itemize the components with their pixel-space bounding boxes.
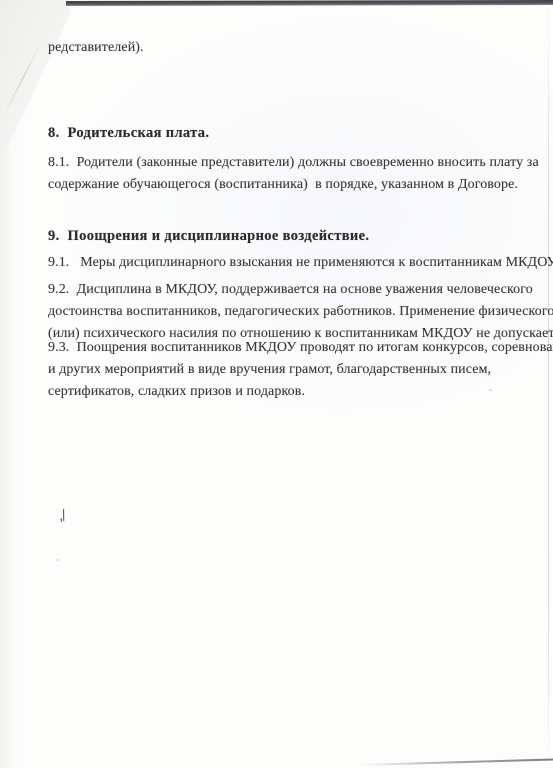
scan-speck [57,559,59,561]
scanned-document-page: редставителей). 8. Родительская плата. 8… [0,0,553,768]
section-9-heading: 9. Поощрения и дисциплинарное воздействи… [48,225,369,247]
paragraph-9-1: 9.1. Меры дисциплинарного взыскания не п… [48,252,553,274]
heading-text: 9. Поощрения и дисциплинарное воздействи… [48,225,369,247]
paragraph-8-1: 8.1. Родители (законные представители) д… [48,152,539,196]
handwritten-pen-mark: ,/ [56,507,68,524]
text-line: 9.1. Меры дисциплинарного взыскания не п… [48,252,553,274]
text-line: 9.2. Дисциплина в МКДОУ, поддерживается … [48,279,553,301]
text-line: редставителей). [48,37,144,59]
section-8-heading: 8. Родительская плата. [48,122,209,144]
text-line: сертификатов, сладких призов и подарков. [48,381,553,403]
text-line: 9.3. Поощрения воспитанников МКДОУ прово… [48,337,553,359]
scanner-edge-artifact [66,0,553,6]
scanner-bottom-line-artifact [358,758,553,766]
text-line: и других мероприятий в виде вручения гра… [48,359,553,381]
text-line: содержание обучающегося (воспитанника) в… [48,174,539,196]
text-line: достоинства воспитанников, педагогически… [48,301,553,323]
scan-speck [489,389,492,391]
text-line: 8.1. Родители (законные представители) д… [48,152,539,174]
paragraph-9-3: 9.3. Поощрения воспитанников МКДОУ прово… [48,337,553,403]
paragraph-fragment: редставителей). [48,37,144,59]
heading-text: 8. Родительская плата. [48,122,209,144]
paragraph-9-2: 9.2. Дисциплина в МКДОУ, поддерживается … [48,279,553,345]
